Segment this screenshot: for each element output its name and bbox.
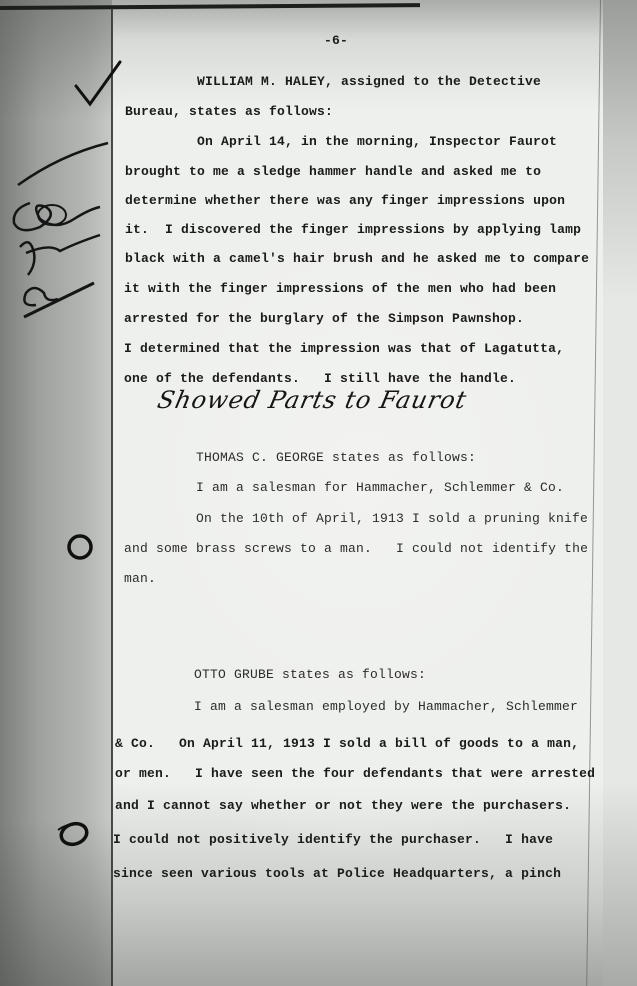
checkmark-icon [70,58,130,108]
haley-line-10: I determined that the impression was tha… [124,341,564,356]
haley-line-5: determine whether there was any finger i… [125,193,565,208]
handwritten-note: Showed Parts to Faurot [155,386,470,414]
george-line-1: THOMAS C. GEORGE states as follows: [196,450,476,465]
grube-line-7: since seen various tools at Police Headq… [113,866,561,881]
grube-line-6: I could not positively identify the purc… [113,832,553,847]
haley-line-9: arrested for the burglary of the Simpson… [124,311,524,326]
george-line-5: man. [124,571,156,586]
grube-line-4: or men. I have seen the four defendants … [115,766,595,781]
margin-note-sledge-hammer [0,135,120,315]
haley-line-4: brought to me a sledge hammer handle and… [125,164,541,179]
george-line-4: and some brass screws to a man. I could … [124,541,588,556]
grube-line-3: & Co. On April 11, 1913 I sold a bill of… [115,736,579,751]
haley-line-1: WILLIAM M. HALEY, assigned to the Detect… [197,74,541,89]
grube-line-5: and I cannot say whether or not they wer… [115,798,571,813]
george-line-2: I am a salesman for Hammacher, Schlemmer… [196,480,564,495]
george-line-3: On the 10th of April, 1913 I sold a prun… [196,511,588,526]
right-margin-shadow [603,0,637,986]
haley-line-3: On April 14, in the morning, Inspector F… [197,134,557,149]
haley-line-8: it with the finger impressions of the me… [124,281,556,296]
haley-line-7: black with a camel's hair brush and he a… [125,251,589,266]
margin-circle-george [60,532,100,562]
margin-circle-grube [52,818,96,850]
haley-line-2: Bureau, states as follows: [125,104,333,119]
page-number: -6- [324,33,348,48]
grube-line-1: OTTO GRUBE states as follows: [194,667,426,682]
haley-line-6: it. I discovered the finger impressions … [125,222,581,237]
haley-line-11: one of the defendants. I still have the … [124,371,516,386]
grube-line-2: I am a salesman employed by Hammacher, S… [194,699,578,714]
